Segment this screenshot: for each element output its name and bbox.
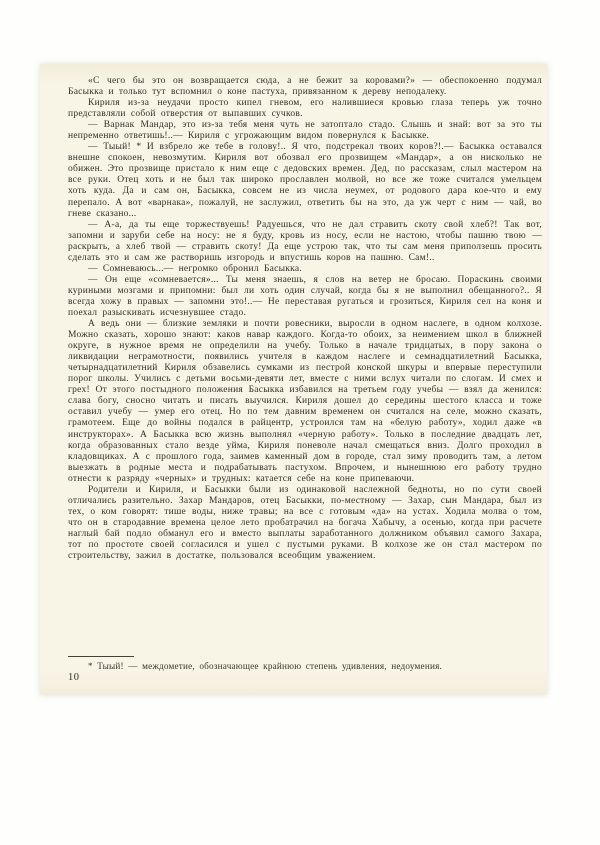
page-number: 10	[68, 672, 80, 683]
body-paragraph: — Он еще «сомневается»... Ты меня знаешь…	[68, 275, 542, 319]
body-paragraph: — А-а, да ты еще торжествуешь! Радуешься…	[68, 220, 542, 264]
body-paragraph: А ведь они — близкие земляки и почти ров…	[68, 319, 542, 485]
body-paragraph: — Сомневаюсь...— негромко обронил Басыкк…	[68, 264, 542, 275]
body-paragraph: — Тыый! * И взбрело же тебе в голову!.. …	[68, 142, 542, 219]
body-paragraph: Кириля из-за неудачи просто кипел гневом…	[68, 98, 542, 120]
book-page: «С чего бы это он возвращается сюда, а н…	[40, 64, 547, 695]
body-paragraph: — Варнак Мандар, это из-за тебя меня чут…	[68, 120, 542, 142]
body-paragraph: «С чего бы это он возвращается сюда, а н…	[68, 76, 542, 98]
footnote-text: * Тыый! — междометие, обозначающее крайн…	[68, 661, 542, 672]
footnote-divider	[68, 656, 134, 657]
body-paragraph: Родители и Кириля, и Басыкки были из оди…	[68, 485, 542, 562]
scanned-page-background: «С чего бы это он возвращается сюда, а н…	[0, 0, 600, 845]
body-text-block: «С чего бы это он возвращается сюда, а н…	[68, 76, 542, 562]
